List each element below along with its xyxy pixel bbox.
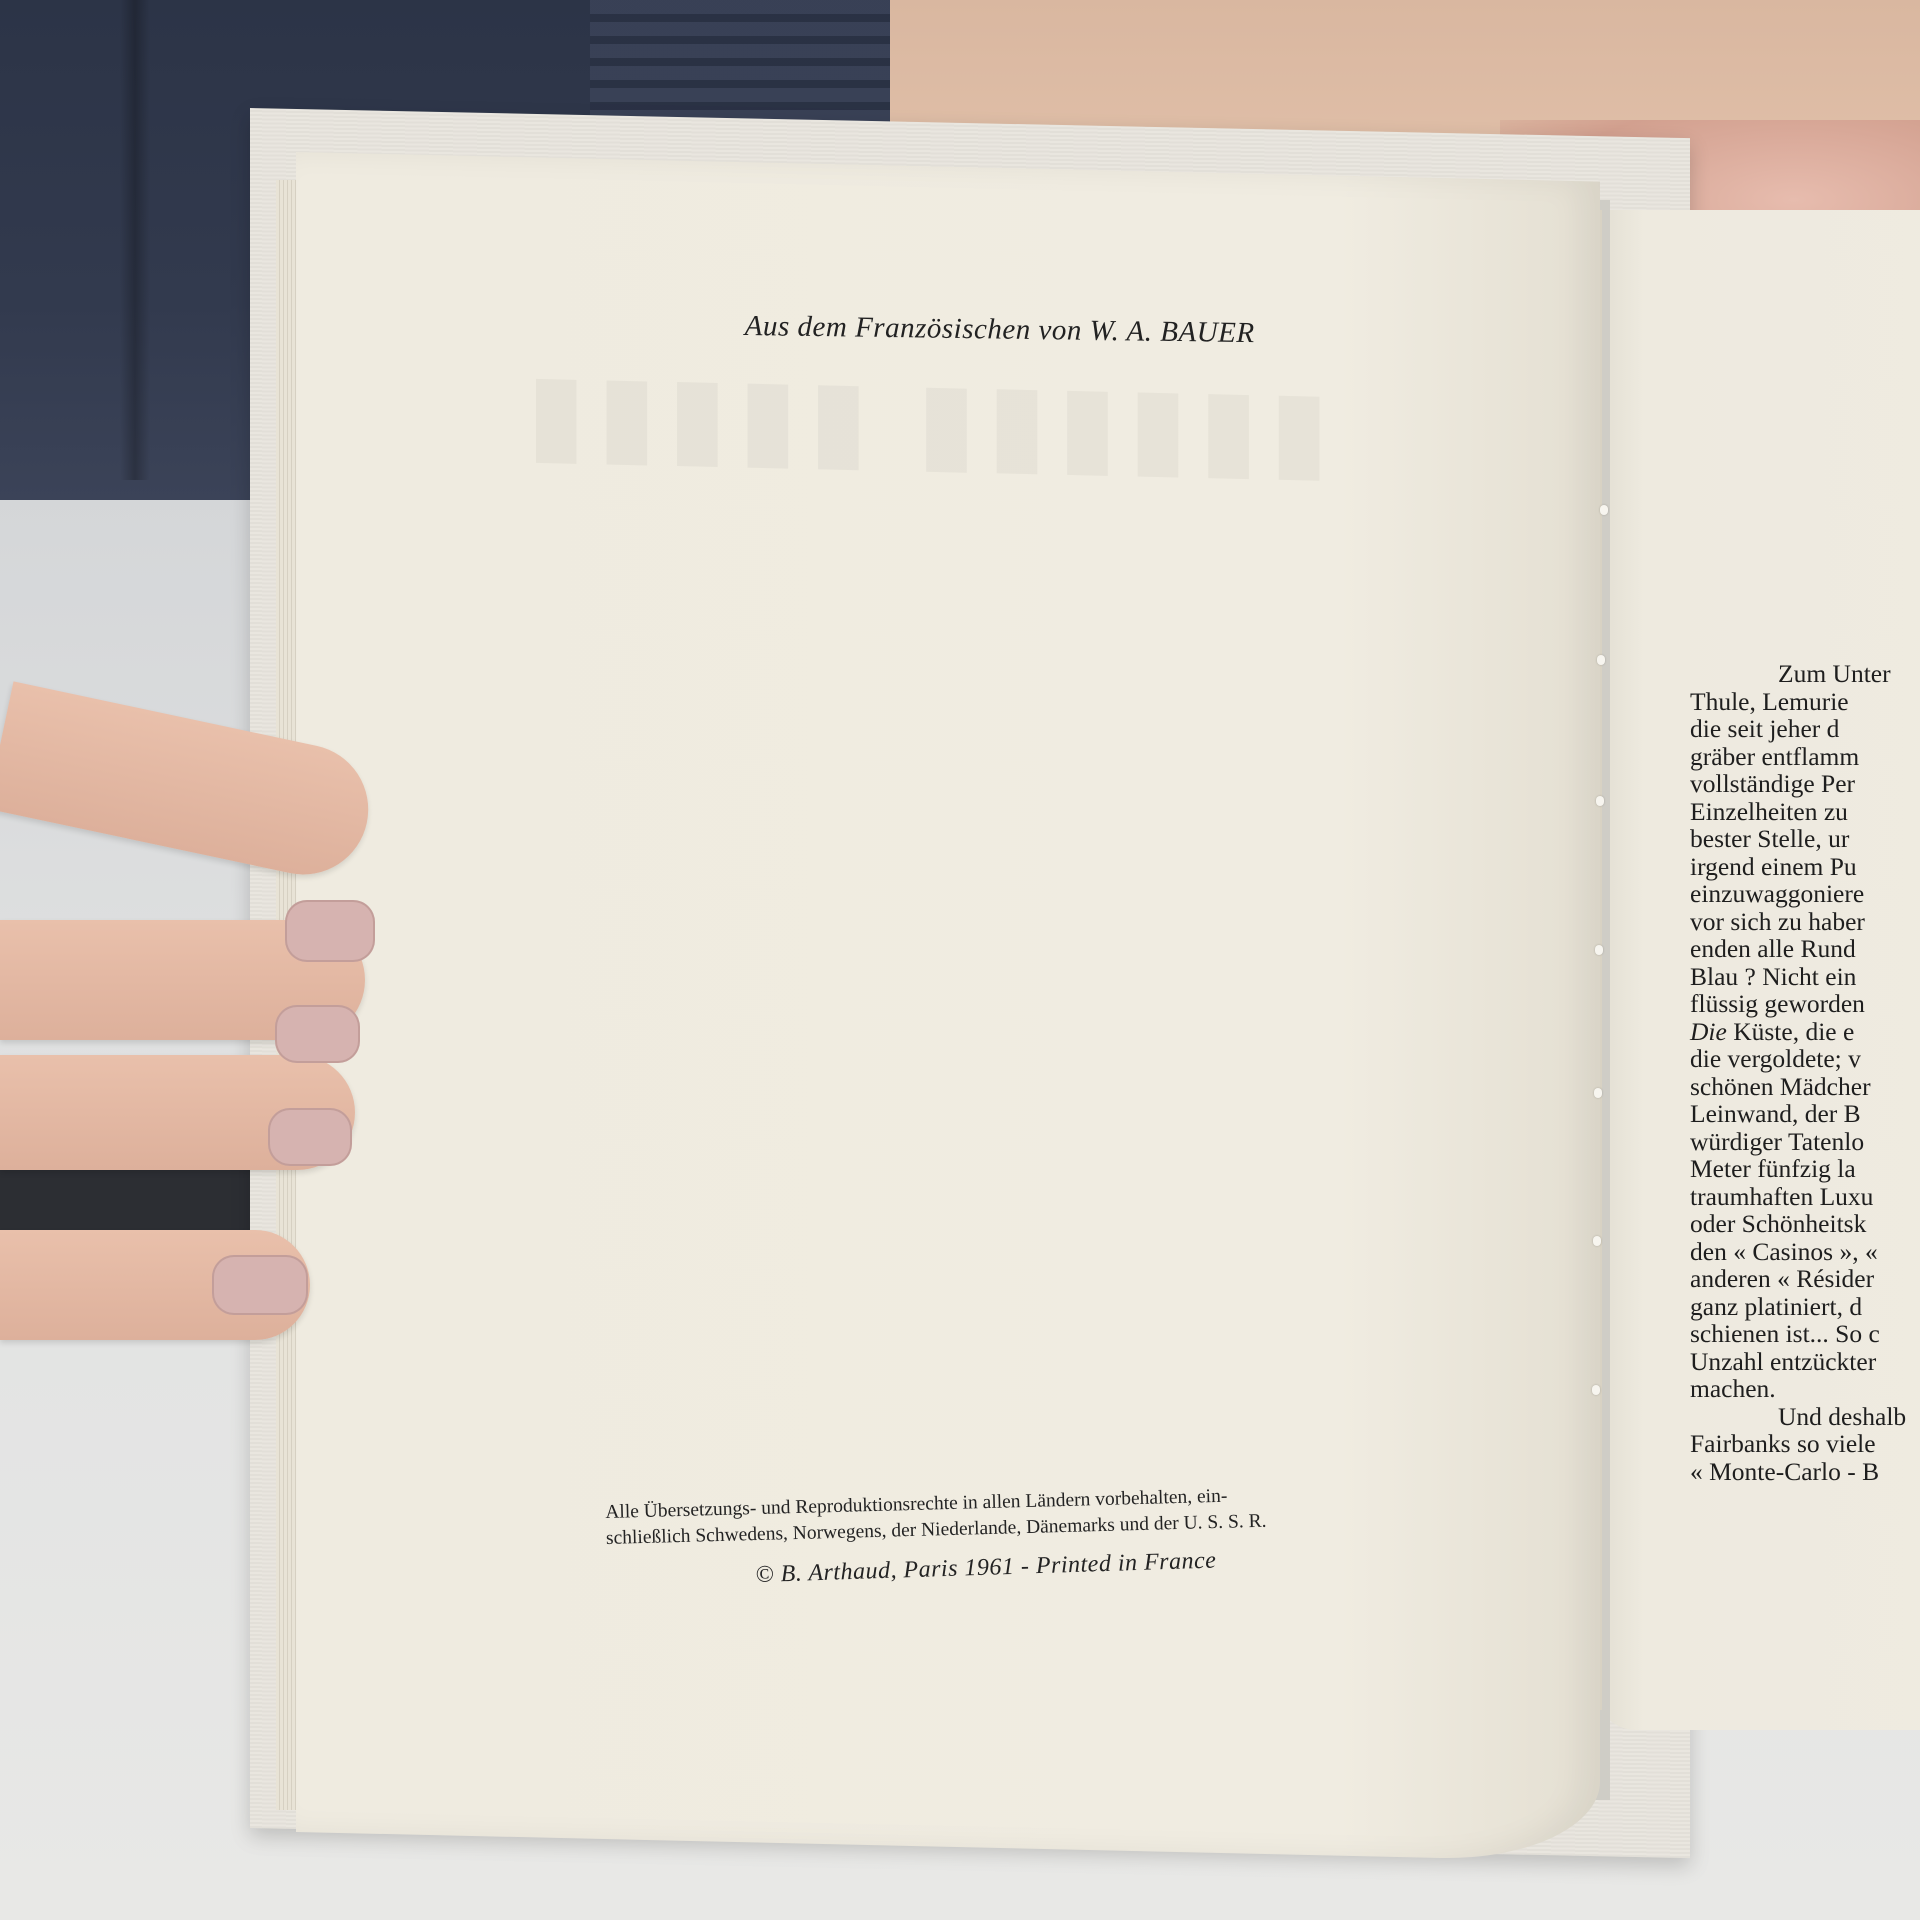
right-page-body: Zum Unter Thule, Lemurie die seit jeher … <box>1690 660 1920 1485</box>
left-page[interactable]: ▮▮▮▮▮▮ ▮▮▮▮▮ <box>296 152 1600 1862</box>
fingernail <box>285 900 375 962</box>
text-line: Und deshalb <box>1690 1403 1920 1431</box>
photo-scene: ▮▮▮▮▮▮ ▮▮▮▮▮ Aus dem Französischen von W… <box>0 0 1920 1920</box>
text-line: flüssig geworden <box>1690 990 1920 1018</box>
text-line: Leinwand, der B <box>1690 1100 1920 1128</box>
text-line: den « Casinos », « <box>1690 1238 1920 1266</box>
show-through-text: ▮▮▮▮▮▮ ▮▮▮▮▮ <box>516 347 1329 494</box>
text-line: Die Küste, die e <box>1690 1018 1920 1046</box>
fingernail <box>268 1108 352 1166</box>
text-line: Unzahl entzückter <box>1690 1348 1920 1376</box>
text-line: einzuwaggoniere <box>1690 880 1920 908</box>
text-line: bester Stelle, ur <box>1690 825 1920 853</box>
text-line: Blau ? Nicht ein <box>1690 963 1920 991</box>
gutter <box>1600 210 1602 1710</box>
text-line: die vergoldete; v <box>1690 1045 1920 1073</box>
text-line: Zum Unter <box>1690 660 1920 688</box>
text-line: traumhaften Luxu <box>1690 1183 1920 1211</box>
text-line: anderen « Résider <box>1690 1265 1920 1293</box>
text-line: schönen Mädcher <box>1690 1073 1920 1101</box>
italic-word: Die <box>1690 1017 1727 1046</box>
text-line: machen. <box>1690 1375 1920 1403</box>
translator-name: W. A. BAUER <box>1089 315 1254 349</box>
binding-stitch <box>1593 1236 1601 1246</box>
text-line: « Monte-Carlo - B <box>1690 1458 1920 1486</box>
binding-stitch <box>1592 1385 1600 1395</box>
text-line: Einzelheiten zu <box>1690 798 1920 826</box>
text-line: oder Schönheitsk <box>1690 1210 1920 1238</box>
text-line: würdiger Tatenlo <box>1690 1128 1920 1156</box>
sweater-fold <box>120 0 150 480</box>
text-fragment: Küste, die e <box>1727 1017 1854 1046</box>
fingernail <box>275 1005 360 1063</box>
text-line: gräber entflamm <box>1690 743 1920 771</box>
fingernail <box>212 1255 308 1315</box>
binding-stitch <box>1597 655 1605 665</box>
text-line: Meter fünfzig la <box>1690 1155 1920 1183</box>
text-line: Fairbanks so viele <box>1690 1430 1920 1458</box>
binding-stitch <box>1594 1088 1602 1098</box>
binding-stitch <box>1600 505 1608 515</box>
text-line: ganz platiniert, d <box>1690 1293 1920 1321</box>
binding-stitch <box>1595 945 1603 955</box>
text-line: vor sich zu haber <box>1690 908 1920 936</box>
translator-prefix: Aus dem Französischen von <box>745 310 1083 347</box>
text-line: enden alle Rund <box>1690 935 1920 963</box>
text-line: schienen ist... So c <box>1690 1320 1920 1348</box>
text-line: Thule, Lemurie <box>1690 688 1920 716</box>
text-line: vollständige Per <box>1690 770 1920 798</box>
text-line: irgend einem Pu <box>1690 853 1920 881</box>
text-line: die seit jeher d <box>1690 715 1920 743</box>
binding-stitch <box>1596 796 1604 806</box>
